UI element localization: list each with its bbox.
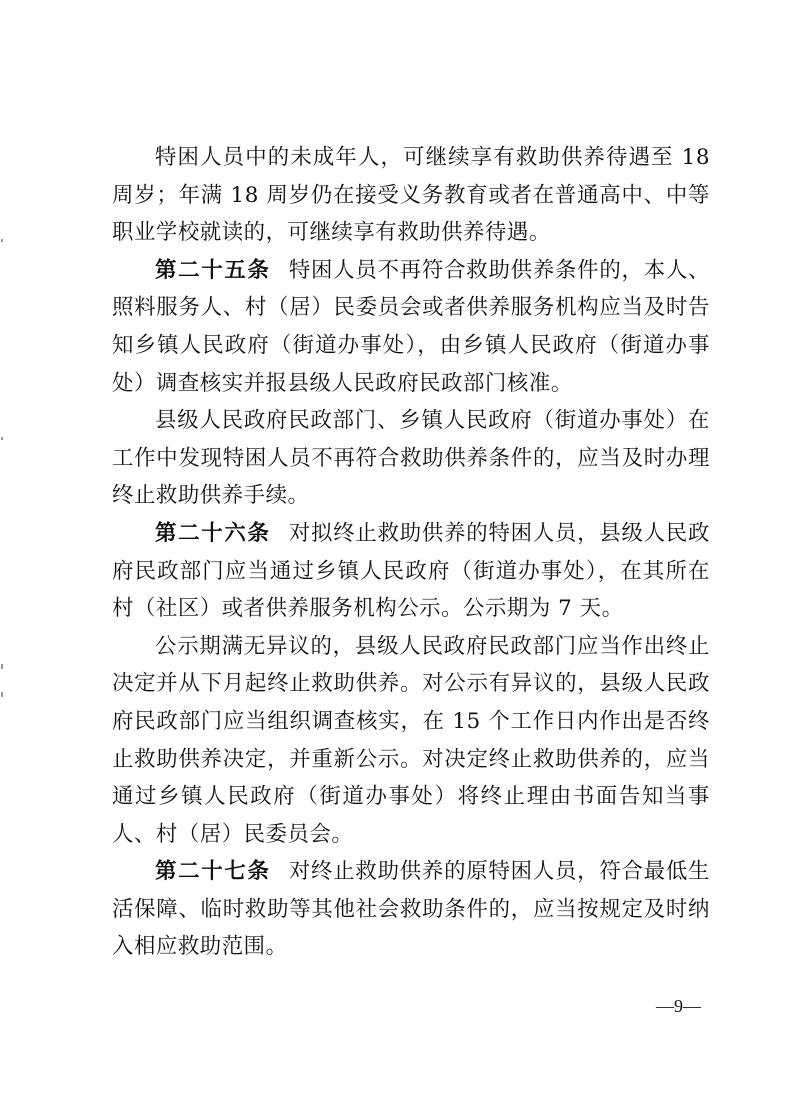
document-page: 特困人员中的未成年人，可继续享有救助供养待遇至 18 周岁；年满 18 周岁仍在… xyxy=(0,0,786,1120)
paragraph-article-26-clause-2: 公示期满无异议的，县级人民政府民政部门应当作出终止决定并从下月起终止救助供养。对… xyxy=(112,628,710,854)
paragraph-article-27: 第二十七条对终止救助供养的原特困人员，符合最低生活保障、临时救助等其他社会救助条… xyxy=(112,853,710,966)
paragraph-article-26: 第二十六条对拟终止救助供养的特困人员，县级人民政府民政部门应当通过乡镇人民政府（… xyxy=(112,515,710,628)
paragraph-text: 特困人员中的未成年人，可继续享有救助供养待遇至 18 周岁；年满 18 周岁仍在… xyxy=(112,145,710,245)
scan-artifact xyxy=(1,437,3,440)
article-number: 第二十五条 xyxy=(155,258,271,283)
paragraph-text: 县级人民政府民政部门、乡镇人民政府（街道办事处）在工作中发现特困人员不再符合救助… xyxy=(112,408,710,508)
article-number: 第二十七条 xyxy=(155,859,271,884)
paragraph-text: 公示期满无异议的，县级人民政府民政部门应当作出终止决定并从下月起终止救助供养。对… xyxy=(112,634,710,847)
paragraph-article-25: 第二十五条特困人员不再符合救助供养条件的，本人、照料服务人、村（居）民委员会或者… xyxy=(112,252,710,402)
paragraph-minors-support: 特困人员中的未成年人，可继续享有救助供养待遇至 18 周岁；年满 18 周岁仍在… xyxy=(112,139,710,252)
article-number: 第二十六条 xyxy=(155,521,271,546)
page-number: —9— xyxy=(656,996,701,1017)
document-body: 特困人员中的未成年人，可继续享有救助供养待遇至 18 周岁；年满 18 周岁仍在… xyxy=(112,139,710,966)
scan-artifact xyxy=(1,239,3,242)
paragraph-article-25-clause-2: 县级人民政府民政部门、乡镇人民政府（街道办事处）在工作中发现特困人员不再符合救助… xyxy=(112,402,710,515)
scan-artifact xyxy=(1,692,3,697)
scan-artifact xyxy=(1,664,3,669)
